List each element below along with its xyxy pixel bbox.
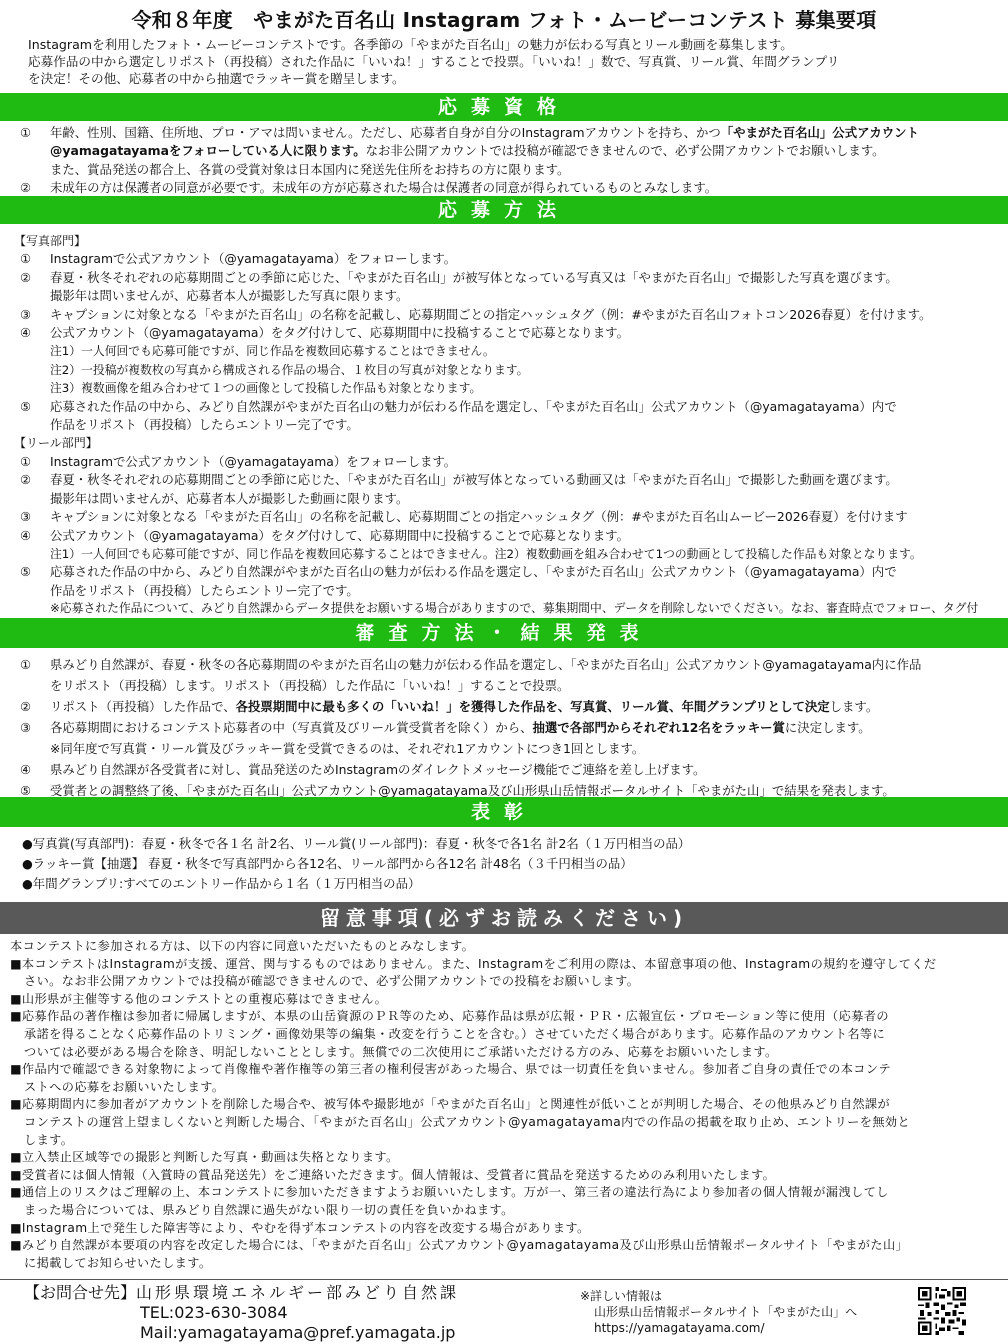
text: に掲載してお知らせいたします。 xyxy=(10,1255,994,1273)
info-site: 山形県山岳情報ポータルサイト「やまがた山」へ xyxy=(580,1304,857,1320)
note-item: ■通信上のリスクはご理解の上、本コンテストに参加いただきますようお願いいたします… xyxy=(0,1184,1008,1219)
bold-text: 各投票期間中に最も多くの「いいね！」を獲得した作品を、写真賞、リール賞、年間グラ… xyxy=(236,699,830,714)
photo-category-label: 【写真部門】 xyxy=(0,232,1008,250)
text: ストへの応募をお願いいたします。 xyxy=(10,1079,994,1097)
contact-label: 【お問合せ先】 xyxy=(24,1283,136,1302)
note-item: ■立入禁止区域等での撮影と判断した写真・動画は失格となります。 xyxy=(0,1149,1008,1167)
note-item: ■応募期間内に参加者がアカウントを削除した場合や、被写体や撮影地が「やまがた百名… xyxy=(0,1096,1008,1149)
text: ■Instagram上で発生した障害等により、やむを得ず本コンテストの内容を改変… xyxy=(10,1220,994,1238)
text: また、賞品発送の都合上、各賞の受賞対象は日本国内に発送先住所をお持ちの方に限りま… xyxy=(50,162,569,177)
item-number: ① xyxy=(0,654,50,675)
note-item: ■受賞者には個人情報（入賞時の賞品発送先）をご連絡いただきます。個人情報は、受賞… xyxy=(0,1167,1008,1185)
item-number: ② xyxy=(0,269,50,287)
award-item: ●年間グランプリ:すべてのエントリー作品から１名（１万円相当の品） xyxy=(0,874,1008,894)
list-item: ① 年齢、性別、国籍、住所地、プロ・アマは問いません。ただし、応募者自身が自分の… xyxy=(0,124,1008,179)
text: ■みどり自然課が本要項の内容を改定した場合には、「やまがた百名山」公式アカウント… xyxy=(10,1237,994,1255)
text: ■応募作品の著作権は参加者に帰属しますが、本県の山岳資源のＰＲ等のため、応募作品… xyxy=(10,1008,994,1026)
item-text: 春夏・秋冬それぞれの応募期間ごとの季節に応じた、「やまがた百名山」が被写体となっ… xyxy=(50,471,1008,489)
list-item: ⑤応募された作品の中から、みどり自然課がやまがた百名山の魅力が伝わる作品を選定し… xyxy=(0,563,1008,581)
item-number: ② xyxy=(0,179,50,197)
list-item: ②春夏・秋冬それぞれの応募期間ごとの季節に応じた、「やまがた百名山」が被写体とな… xyxy=(0,471,1008,489)
bold-text: 抽選で各部門からそれぞれ12名をラッキー賞 xyxy=(533,720,785,735)
text: ■受賞者には個人情報（入賞時の賞品発送先）をご連絡いただきます。個人情報は、受賞… xyxy=(10,1167,994,1185)
item-text: Instagramで公式アカウント（@yamagatayama）をフォローします… xyxy=(50,250,1008,268)
item-number: ④ xyxy=(0,527,50,545)
note: 注1）一人何回でも応募可能ですが、同じ作品を複数回応募することはできません。注2… xyxy=(0,545,1008,563)
info-lead: ※詳しい情報は xyxy=(580,1288,857,1304)
item-text: 公式アカウント（@yamagatayama）をタグ付けして、応募期間中に投稿する… xyxy=(50,527,1008,545)
section-heading-eligibility: 応募資格 xyxy=(0,93,1008,121)
text: します。 xyxy=(10,1132,994,1150)
note: 注3）複数画像を組み合わせて１つの画像として投稿した作品も対象となります。 xyxy=(0,379,1008,397)
list-item: ④公式アカウント（@yamagatayama）をタグ付けして、応募期間中に投稿す… xyxy=(0,527,1008,545)
intro-line: を決定！その他、応募者の中から抽選でラッキー賞を贈呈します。 xyxy=(28,70,998,87)
text: ■通信上のリスクはご理解の上、本コンテストに参加いただきますようお願いいたします… xyxy=(10,1184,994,1202)
item-text: キャプションに対象となる「やまがた百名山」の名称を記載し、応募期間ごとの指定ハッ… xyxy=(50,508,1008,526)
list-item: ③キャプションに対象となる「やまがた百名山」の名称を記載し、応募期間ごとの指定ハ… xyxy=(0,508,1008,526)
list-item: ④公式アカウント（@yamagatayama）をタグ付けして、応募期間中に投稿す… xyxy=(0,324,1008,342)
award-item: ●写真賞(写真部門)：春夏・秋冬で各１名 計2名、リール賞(リール部門)：春夏・… xyxy=(0,834,1008,854)
item-number: ② xyxy=(0,696,50,717)
item-continuation: 撮影年は問いませんが、応募者本人が撮影した動画に限ります。 xyxy=(0,490,1008,508)
text: 年齢、性別、国籍、住所地、プロ・アマは問いません。ただし、応募者自身が自分のIn… xyxy=(50,125,721,140)
item-text: Instagramで公式アカウント（@yamagatayama）をフォローします… xyxy=(50,453,1008,471)
judging-section: ①県みどり自然課が、春夏・秋冬の各応募期間のやまがた百名山の魅力が伝わる作品を選… xyxy=(0,654,1008,801)
list-item: ②リポスト（再投稿）した作品で、各投票期間中に最も多くの「いいね！」を獲得した作… xyxy=(0,696,1008,717)
section-heading-notes: 留意事項(必ずお読みください) xyxy=(0,902,1008,934)
text: コンテストの運営上望ましくないと判断した場合、「やまがた百名山」公式アカウント@… xyxy=(10,1114,994,1132)
list-item: ⑤応募された作品の中から、みどり自然課がやまがた百名山の魅力が伝わる作品を選定し… xyxy=(0,398,1008,416)
item-text: 各応募期間におけるコンテスト応募者の中（写真賞及びリール賞受賞者を除く）から、抽… xyxy=(50,717,1008,738)
qr-code-icon[interactable] xyxy=(918,1287,966,1335)
list-item: ④県みどり自然課が各受賞者に対し、賞品発送のためInstagramのダイレクトメ… xyxy=(0,759,1008,780)
item-text: 公式アカウント（@yamagatayama）をタグ付けして、応募期間中に投稿する… xyxy=(50,324,1008,342)
item-text: 応募された作品の中から、みどり自然課がやまがた百名山の魅力が伝わる作品を選定し、… xyxy=(50,398,1008,416)
list-item: ①Instagramで公式アカウント（@yamagatayama）をフォローしま… xyxy=(0,453,1008,471)
notes-lead: 本コンテストに参加される方は、以下の内容に同意いただいたものとみなします。 xyxy=(0,938,1008,956)
list-item: ② 未成年の方は保護者の同意が必要です。未成年の方が応募された場合は保護者の同意… xyxy=(0,179,1008,197)
text: ■山形県が主催等する他のコンテストとの重複応募はできません。 xyxy=(10,991,994,1009)
section-heading-judging: 審査方法・結果発表 xyxy=(0,618,1008,648)
bold-text: @yamagatayamaをフォローしている人に限ります。 xyxy=(50,143,366,158)
note-item: ■本コンテストはInstagramが支援、運営、関与するものではありません。また… xyxy=(0,956,1008,991)
page-title: 令和８年度 やまがた百名山 Instagram フォト・ムービーコンテスト 募集… xyxy=(0,4,1008,33)
note: 注1）一人何回でも応募可能ですが、同じ作品を複数回応募することはできません。 xyxy=(0,342,1008,360)
note-item: ■みどり自然課が本要項の内容を改定した場合には、「やまがた百名山」公式アカウント… xyxy=(0,1237,1008,1272)
note: 注2）一投稿が複数枚の写真から構成される作品の場合、１枚目の写真が対象となります… xyxy=(0,361,1008,379)
text: ■作品内で確認できる対象物によって肖像権や著作権等の第三者の権利侵害があった場合… xyxy=(10,1061,994,1079)
method-section: 【写真部門】 ①Instagramで公式アカウント（@yamagatayama）… xyxy=(0,232,1008,634)
section-heading-method: 応募方法 xyxy=(0,196,1008,224)
reel-category-label: 【リール部門】 xyxy=(0,434,1008,452)
list-item: ③キャプションに対象となる「やまがた百名山」の名称を記載し、応募期間ごとの指定ハ… xyxy=(0,306,1008,324)
award-item: ●ラッキー賞【抽選】 春夏・秋冬で写真部門から各12名、リール部門から各12名 … xyxy=(0,854,1008,874)
note-item: ■Instagram上で発生した障害等により、やむを得ず本コンテストの内容を改変… xyxy=(0,1220,1008,1238)
phone-number: TEL:023-630-3084 xyxy=(24,1303,459,1323)
item-number: ② xyxy=(0,471,50,489)
text: 各応募期間におけるコンテスト応募者の中（写真賞及びリール賞受賞者を除く）から、 xyxy=(50,720,533,735)
item-number: ① xyxy=(0,124,50,179)
notes-section: 本コンテストに参加される方は、以下の内容に同意いただいたものとみなします。 ■本… xyxy=(0,938,1008,1272)
list-item: ③各応募期間におけるコンテスト応募者の中（写真賞及びリール賞受賞者を除く）から、… xyxy=(0,717,1008,738)
item-text: 年齢、性別、国籍、住所地、プロ・アマは問いません。ただし、応募者自身が自分のIn… xyxy=(50,124,1008,179)
text: なお非公開アカウントでは投稿が確認できませんので、必ず公開アカウントでお願いしま… xyxy=(366,143,885,158)
item-continuation: ※同年度で写真賞・リール賞及びラッキー賞を受賞できるのは、それぞれ1アカウントに… xyxy=(0,738,1008,759)
text: ■応募期間内に参加者がアカウントを削除した場合や、被写体や撮影地が「やまがた百名… xyxy=(10,1096,994,1114)
intro-text: Instagramを利用したフォト・ムービーコンテストです。各季節の「やまがた百… xyxy=(28,36,998,88)
note-item: ■山形県が主催等する他のコンテストとの重複応募はできません。 xyxy=(0,991,1008,1009)
item-text: 県みどり自然課が各受賞者に対し、賞品発送のためInstagramのダイレクトメッ… xyxy=(50,759,1008,780)
text: リポスト（再投稿）した作品で、 xyxy=(50,699,236,714)
item-number: ① xyxy=(0,453,50,471)
info-block: ※詳しい情報は 山形県山岳情報ポータルサイト「やまがた山」へ https://y… xyxy=(580,1288,857,1336)
list-item: ②春夏・秋冬それぞれの応募期間ごとの季節に応じた、「やまがた百名山」が被写体とな… xyxy=(0,269,1008,287)
item-continuation: 撮影年は問いませんが、応募者本人が撮影した写真に限ります。 xyxy=(0,287,1008,305)
item-continuation: 作品をリポスト（再投稿）したらエントリー完了です。 xyxy=(0,582,1008,600)
note-item: ■応募作品の著作権は参加者に帰属しますが、本県の山岳資源のＰＲ等のため、応募作品… xyxy=(0,1008,1008,1061)
bold-text: 「やまがた百名山」公式アカウント xyxy=(721,125,919,140)
text: します。 xyxy=(830,699,879,714)
list-item: ①県みどり自然課が、春夏・秋冬の各応募期間のやまがた百名山の魅力が伝わる作品を選… xyxy=(0,654,1008,675)
department-name: 山形県環境エネルギー部みどり自然課 xyxy=(136,1283,459,1302)
text: ■本コンテストはInstagramが支援、運営、関与するものではありません。また… xyxy=(10,956,994,974)
item-number: ③ xyxy=(0,508,50,526)
item-text: 春夏・秋冬それぞれの応募期間ごとの季節に応じた、「やまがた百名山」が被写体となっ… xyxy=(50,269,1008,287)
awards-section: ●写真賞(写真部門)：春夏・秋冬で各１名 計2名、リール賞(リール部門)：春夏・… xyxy=(0,834,1008,894)
text: 承諾を得ることなく応募作品のトリミング・画像効果等の編集・改変を行うことを含む。… xyxy=(10,1026,994,1044)
item-number: ③ xyxy=(0,717,50,738)
item-text: 県みどり自然課が、春夏・秋冬の各応募期間のやまがた百名山の魅力が伝わる作品を選定… xyxy=(50,654,1008,675)
note-item: ■作品内で確認できる対象物によって肖像権や著作権等の第三者の権利侵害があった場合… xyxy=(0,1061,1008,1096)
item-text: リポスト（再投稿）した作品で、各投票期間中に最も多くの「いいね！」を獲得した作品… xyxy=(50,696,1008,717)
item-number: ④ xyxy=(0,759,50,780)
email-address[interactable]: Mail:yamagatayama@pref.yamagata.jp xyxy=(24,1323,459,1343)
text: さい。なお非公開アカウントでは投稿が確認できませんので、必ず公開アカウントでの投… xyxy=(10,973,994,991)
text: ついては必要がある場合を除き、明記しないこととします。無償での二次使用にご承諾い… xyxy=(10,1044,994,1062)
contact-block: 【お問合せ先】山形県環境エネルギー部みどり自然課 TEL:023-630-308… xyxy=(24,1283,459,1343)
website-link[interactable]: https://yamagatayama.com/ xyxy=(580,1320,857,1336)
item-text: キャプションに対象となる「やまがた百名山」の名称を記載し、応募期間ごとの指定ハッ… xyxy=(50,306,1008,324)
item-text: 未成年の方は保護者の同意が必要です。未成年の方が応募された場合は保護者の同意が得… xyxy=(50,179,1008,197)
item-number: ⑤ xyxy=(0,398,50,416)
item-continuation: をリポスト（再投稿）します。リポスト（再投稿）した作品に「いいね！」することで投… xyxy=(0,675,1008,696)
intro-line: 応募作品の中から選定しリポスト（再投稿）された作品に「いいね！」することで投票。… xyxy=(28,53,998,70)
item-number: ④ xyxy=(0,324,50,342)
list-item: ①Instagramで公式アカウント（@yamagatayama）をフォローしま… xyxy=(0,250,1008,268)
text: まった場合については、県みどり自然課に過失がない限り一切の責任を負いかねます。 xyxy=(10,1202,994,1220)
item-text: 応募された作品の中から、みどり自然課がやまがた百名山の魅力が伝わる作品を選定し、… xyxy=(50,563,1008,581)
section-heading-awards: 表彰 xyxy=(0,797,1008,827)
text: に決定します。 xyxy=(785,720,871,735)
item-continuation: 作品をリポスト（再投稿）したらエントリー完了です。 xyxy=(0,416,1008,434)
footer-divider xyxy=(0,1279,1008,1280)
item-number: ③ xyxy=(0,306,50,324)
item-number: ⑤ xyxy=(0,563,50,581)
text: ■立入禁止区域等での撮影と判断した写真・動画は失格となります。 xyxy=(10,1149,994,1167)
eligibility-section: ① 年齢、性別、国籍、住所地、プロ・アマは問いません。ただし、応募者自身が自分の… xyxy=(0,124,1008,198)
intro-line: Instagramを利用したフォト・ムービーコンテストです。各季節の「やまがた百… xyxy=(28,36,998,53)
item-number: ① xyxy=(0,250,50,268)
